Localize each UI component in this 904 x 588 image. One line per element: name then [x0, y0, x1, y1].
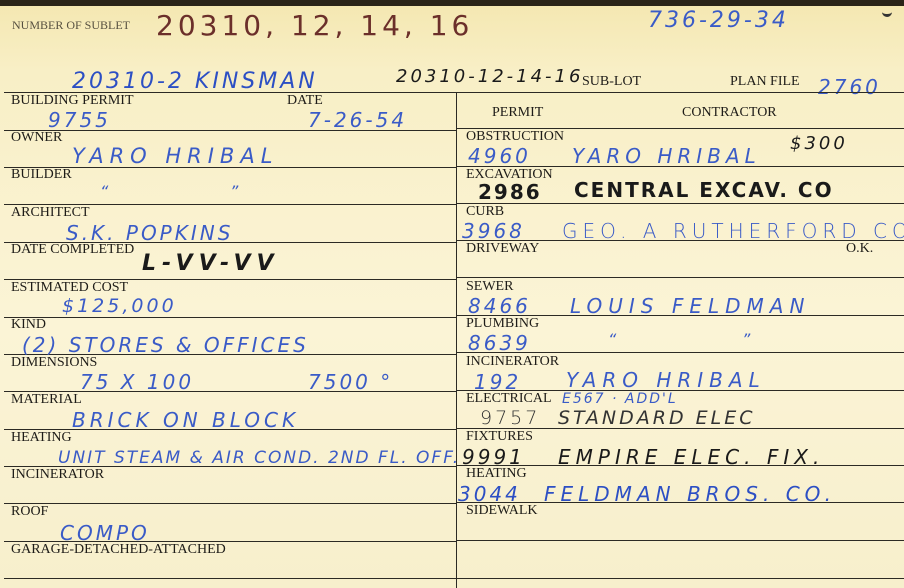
builder-label: BUILDER — [11, 168, 72, 182]
driveway-note: O.K. — [846, 242, 873, 256]
obstruction-contractor: YARO HRIBAL — [572, 146, 761, 166]
row-divider — [4, 92, 904, 93]
square-footage-value: 7500 ° — [308, 372, 393, 392]
date-completed-value: L-VV-VV — [142, 254, 280, 274]
sidewalk-label: SIDEWALK — [466, 504, 538, 518]
dimensions-value: 75 X 100 — [80, 372, 194, 392]
owner-label: OWNER — [11, 131, 62, 145]
fixtures-label: FIXTURES — [466, 430, 533, 444]
ink-mark — [882, 8, 892, 17]
incinerator-label: INCINERATOR — [11, 468, 104, 482]
owner-value: YARO HRIBAL — [72, 146, 278, 166]
plumbing-label: PLUMBING — [466, 317, 539, 331]
roof-value: COMPO — [60, 523, 150, 543]
plumbing-permit: 8639 — [468, 333, 531, 353]
sublot-numbers: 20310, 12, 14, 16 — [156, 10, 473, 42]
plumbing-ditto-2: ” — [742, 330, 753, 350]
heating-permit: 3044 — [458, 484, 521, 504]
electrical-contractor: STANDARD ELEC — [558, 408, 756, 428]
incinerator-permit: 192 — [474, 372, 521, 392]
plumbing-ditto-1: “ — [608, 330, 619, 350]
number-of-sublot-label: NUMBER OF SUBLET — [12, 18, 130, 32]
date-completed-label: DATE COMPLETED — [11, 243, 134, 257]
contractor-column-header: CONTRACTOR — [682, 106, 777, 120]
date-label: DATE — [287, 94, 323, 108]
kind-value: (2) STORES & OFFICES — [22, 335, 309, 355]
curb-label: CURB — [466, 205, 504, 219]
kind-label: KIND — [11, 318, 46, 332]
card-top-edge — [0, 0, 904, 6]
plan-file-label: PLAN FILE — [730, 75, 800, 89]
plan-file-value: 2760 — [818, 76, 881, 98]
heating-right-label: HEATING — [466, 467, 527, 481]
electrical-permit: 9757 — [480, 408, 540, 428]
incinerator-right-label: INCINERATOR — [466, 355, 559, 369]
row-divider — [4, 317, 456, 318]
material-label: MATERIAL — [11, 393, 82, 407]
permit-date-value: 7-26-54 — [308, 110, 407, 130]
curb-contractor: GEO. A RUTHERFORD CO. — [562, 221, 904, 241]
obstruction-permit: 4960 — [468, 146, 531, 166]
fixtures-contractor: EMPIRE ELEC. FIX. — [558, 447, 824, 467]
architect-label: ARCHITECT — [11, 206, 90, 220]
row-divider — [456, 540, 904, 541]
building-permit-value: 9755 — [48, 110, 111, 130]
sublot-range: 20310-12-14-16 — [396, 66, 583, 88]
sewer-permit: 8466 — [468, 296, 531, 316]
builder-ditto-2: ” — [230, 182, 241, 202]
dimensions-label: DIMENSIONS — [11, 356, 97, 370]
excavation-contractor: CENTRAL EXCAV. CO — [574, 180, 834, 200]
property-address: 20310-2 KINSMAN — [72, 70, 318, 94]
garage-label: GARAGE-DETACHED-ATTACHED — [11, 543, 226, 557]
row-divider — [456, 578, 904, 579]
row-divider — [4, 503, 456, 504]
building-permit-card: NUMBER OF SUBLET 20310, 12, 14, 16 736-2… — [0, 0, 904, 588]
curb-permit: 3968 — [462, 221, 525, 241]
sewer-contractor: LOUIS FELDMAN — [570, 296, 810, 316]
obstruction-label: OBSTRUCTION — [466, 130, 564, 144]
row-divider — [4, 578, 456, 579]
sewer-label: SEWER — [466, 280, 513, 294]
fixtures-permit: 9991 — [462, 447, 525, 467]
sub-lot-label: SUB-LOT — [582, 75, 641, 89]
driveway-label: DRIVEWAY — [466, 242, 539, 256]
reference-number: 736-29-34 — [648, 8, 789, 34]
excavation-permit: 2986 — [478, 182, 542, 202]
obstruction-fee: $300 — [790, 134, 848, 154]
permit-column-header: PERMIT — [492, 106, 543, 120]
incinerator-contractor: YARO HRIBAL — [566, 370, 766, 390]
roof-label: ROOF — [11, 505, 48, 519]
electrical-note: E567 · ADD'L — [562, 389, 678, 409]
builder-ditto-1: “ — [100, 182, 111, 202]
estimated-cost-label: ESTIMATED COST — [11, 281, 128, 295]
row-divider — [456, 277, 904, 278]
building-permit-label: BUILDING PERMIT — [11, 94, 134, 108]
electrical-label: ELECTRICAL — [466, 392, 552, 406]
material-value: BRICK ON BLOCK — [72, 410, 299, 430]
heating-contractor: FELDMAN BROS. CO. — [544, 484, 836, 504]
estimated-cost-value: $125,000 — [62, 296, 177, 316]
architect-value: S.K. POPKINS — [66, 223, 233, 243]
heating-value: UNIT STEAM & AIR COND. 2ND FL. OFF. — [58, 448, 460, 468]
heating-label: HEATING — [11, 431, 72, 445]
